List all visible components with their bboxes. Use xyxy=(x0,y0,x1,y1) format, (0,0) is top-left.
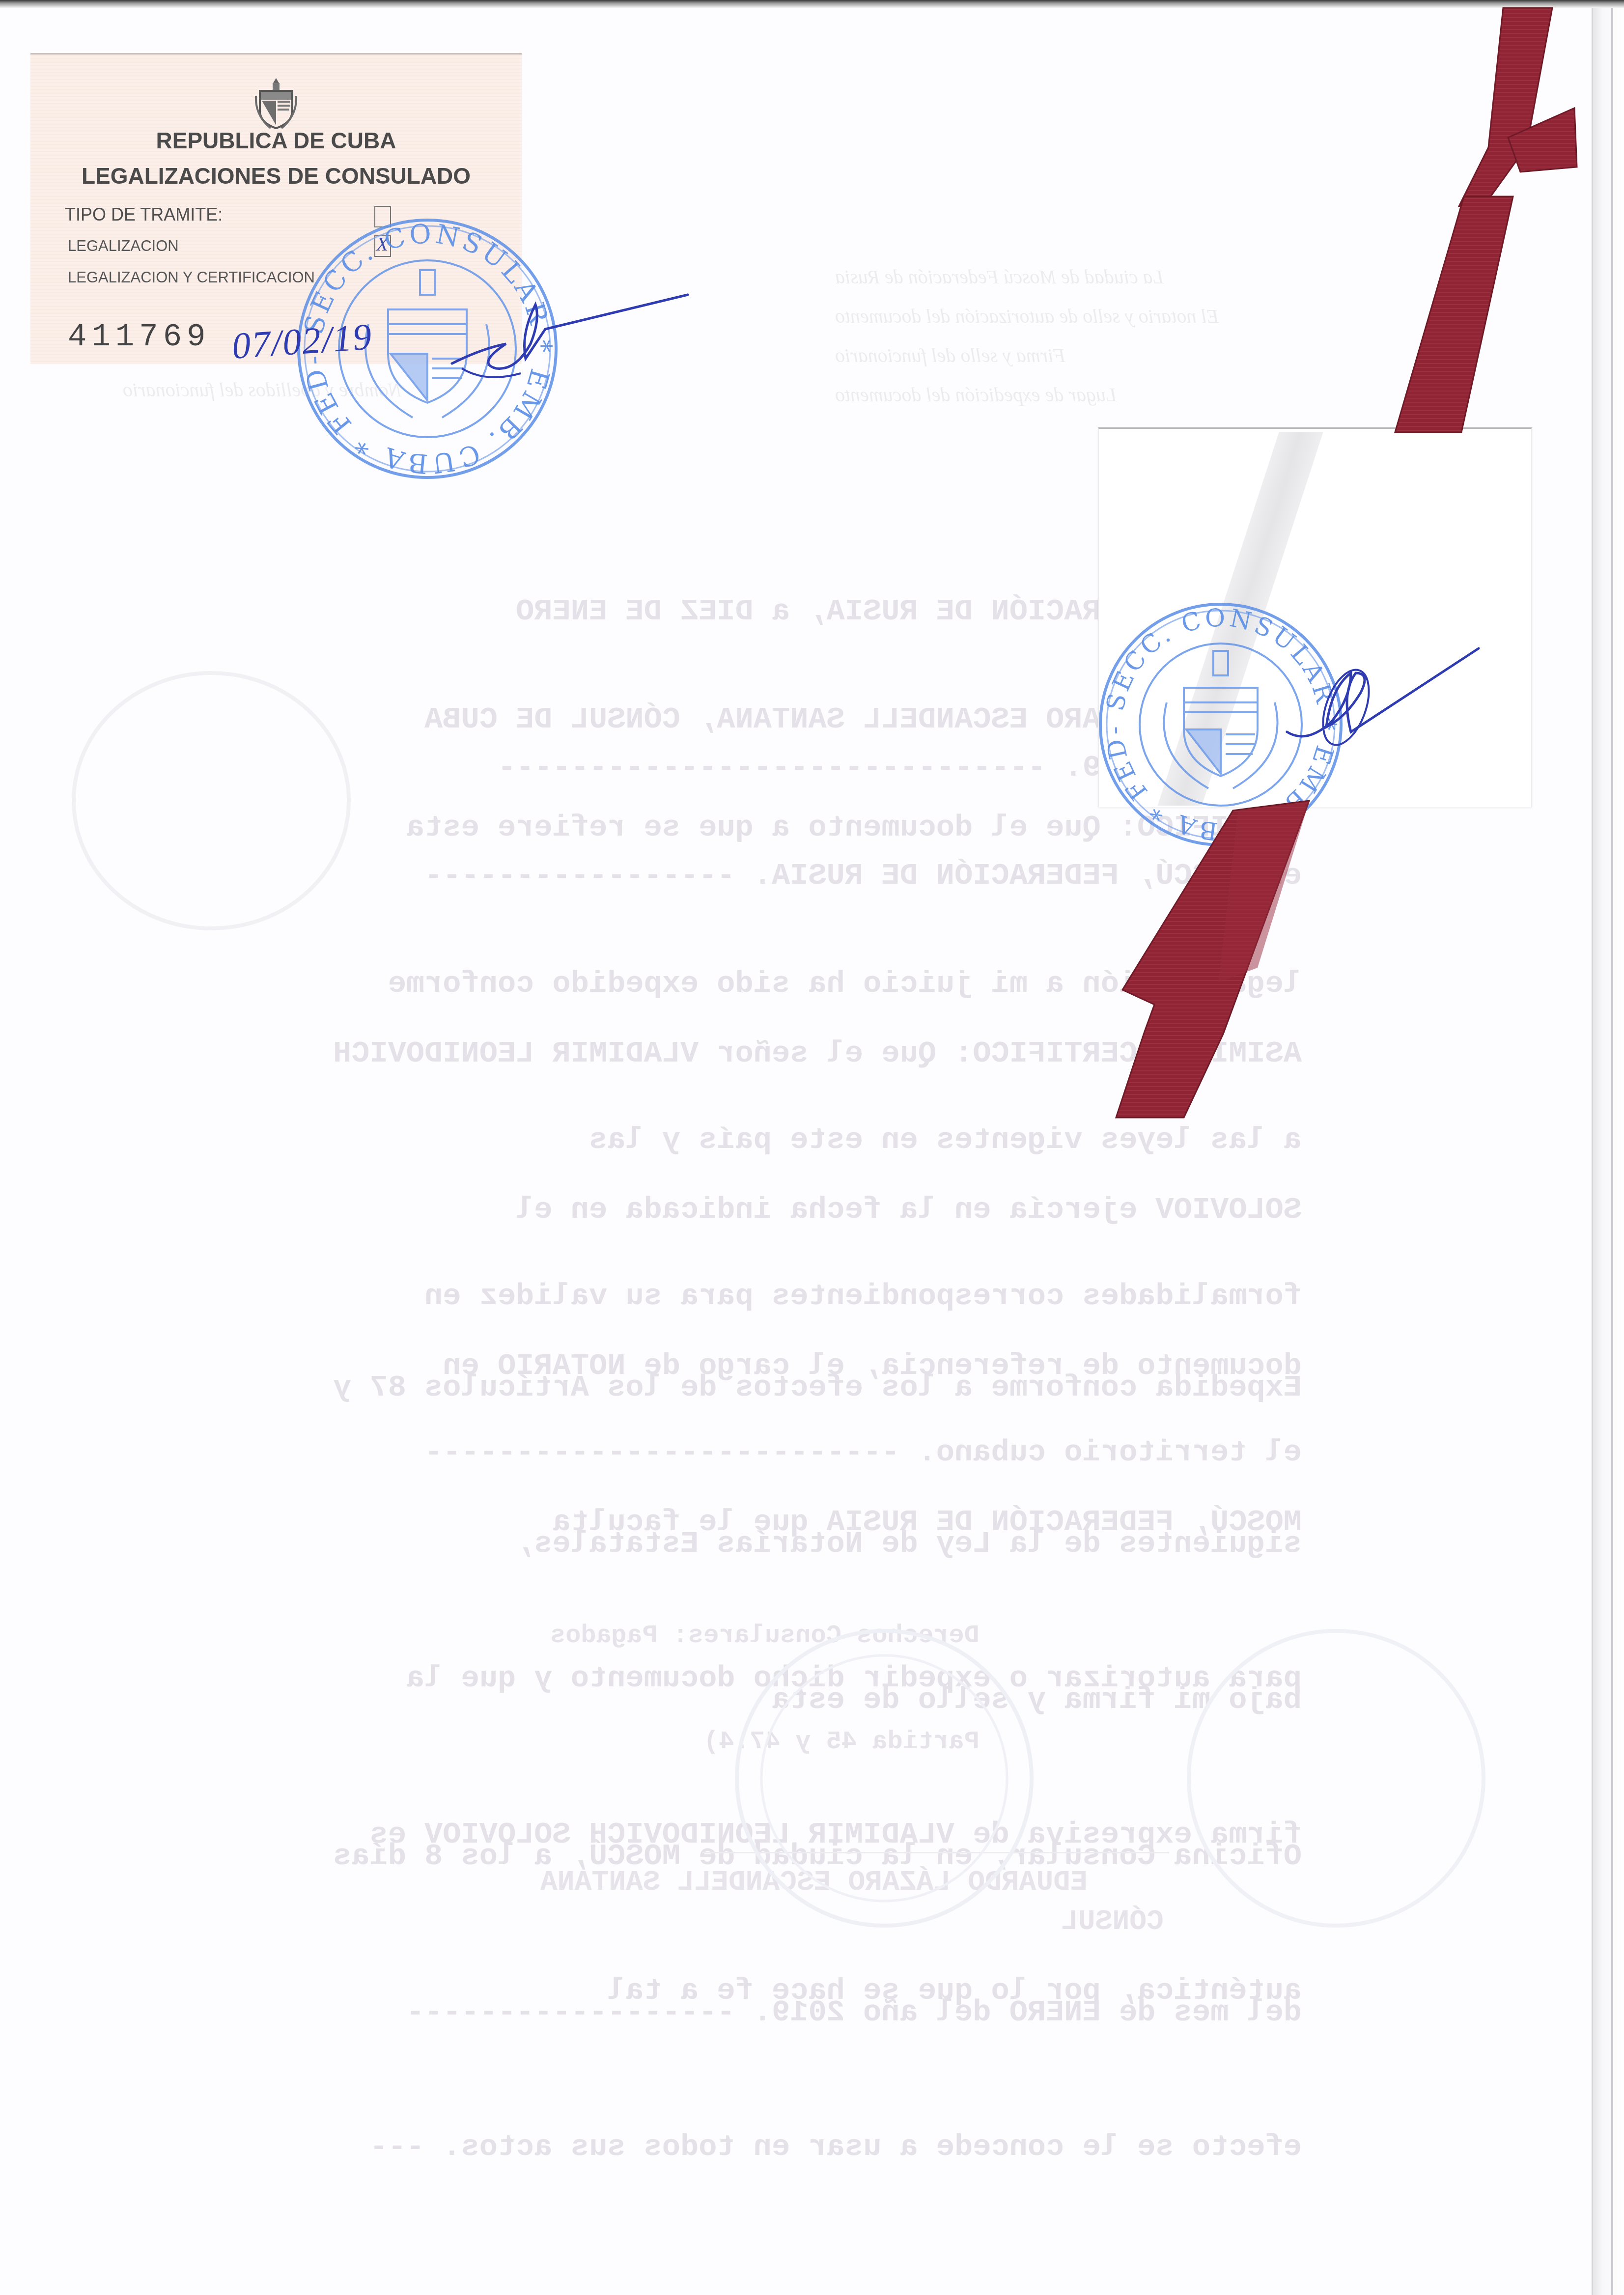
binding-ribbon xyxy=(0,0,1624,2295)
